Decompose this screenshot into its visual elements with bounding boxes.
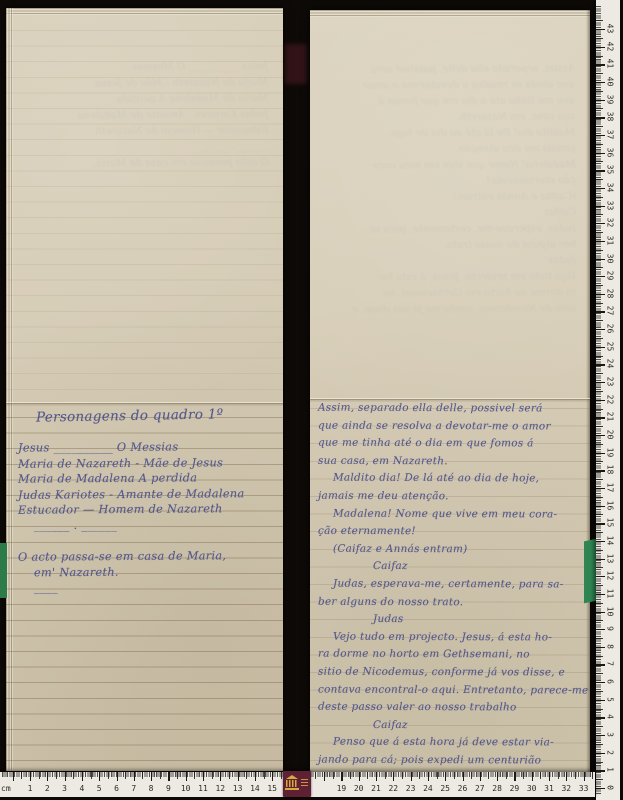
ruler-half-tick <box>596 709 603 710</box>
ruler-half-tick <box>596 497 603 498</box>
ruler-cm-tick <box>596 294 605 295</box>
ruler-cm-tick <box>324 772 325 781</box>
ruler-half-tick <box>596 356 603 357</box>
ruler-number: 8 <box>142 784 160 793</box>
handwritten-line: Estucador — Homem de Nazareth <box>18 503 223 517</box>
ruler-cm-tick <box>359 772 360 781</box>
handwritten-line: ção eternamente! <box>318 525 416 537</box>
ruler-cm-tick <box>203 772 204 781</box>
ruler-number: 8 <box>606 639 615 653</box>
ruler-number: 14 <box>606 533 615 547</box>
ruler-number: 35 <box>606 163 615 177</box>
handwritten-line: Judas Kariotes - Amante de Madalena <box>18 487 245 502</box>
handwritten-line: jamais me deu atenção. <box>318 490 449 502</box>
ruler-half-tick <box>596 179 603 180</box>
ruler-cm-tick <box>411 772 412 781</box>
ruler-number: 21 <box>367 784 385 793</box>
ruler-number: 29 <box>505 784 523 793</box>
handwritten-line: Jesus __________ O Messias <box>18 440 178 454</box>
ruler-half-tick <box>596 197 603 198</box>
handwritten-line: Caifaz <box>373 560 408 572</box>
ruler-half-tick <box>596 303 603 304</box>
ruler-half-tick <box>596 691 603 692</box>
ruler-number: 15 <box>606 516 615 530</box>
handwritten-line: Madalena! Nome que vive em meu cora- <box>333 507 557 520</box>
ruler-half-tick <box>596 250 603 251</box>
ruler-number: 7 <box>606 657 615 671</box>
ruler-half-tick <box>350 772 351 779</box>
ruler-half-tick <box>596 232 603 233</box>
ruler-half-tick <box>596 320 603 321</box>
ruler-cm-tick <box>596 82 605 83</box>
ruler-cm-tick <box>596 664 605 665</box>
handwritten-line: Judas, esperava-me, certamente, para sa- <box>333 578 564 591</box>
ruler-number: 13 <box>229 784 247 793</box>
ruler-number: 6 <box>606 675 615 689</box>
ruler-half-tick <box>596 550 603 551</box>
ruler-half-tick <box>596 126 603 127</box>
ruler-cm-tick <box>566 772 567 781</box>
ruler-number: 25 <box>606 339 615 353</box>
ruler-half-tick <box>596 514 603 515</box>
green-strip-left <box>0 543 7 598</box>
ruler-number: 30 <box>606 251 615 265</box>
ruler-number: 29 <box>606 269 615 283</box>
ruler-cm-tick <box>463 772 464 781</box>
ruler-half-tick <box>596 744 603 745</box>
ruler-half-tick <box>596 391 603 392</box>
ruler-number: 24 <box>606 357 615 371</box>
ruler-number: 5 <box>606 692 615 706</box>
ruler-number: 12 <box>211 784 229 793</box>
ruler-number: 14 <box>246 784 264 793</box>
ruler-cm-tick <box>596 629 605 630</box>
ruler-cm-tick <box>596 417 605 418</box>
ruler-number: 38 <box>606 110 615 124</box>
ruler-half-tick <box>596 267 603 268</box>
handwritten-line: em' Nazareth. <box>34 566 119 580</box>
ruler-cm-tick <box>596 223 605 224</box>
ruler-cm-tick <box>596 559 605 560</box>
ruler-number: 19 <box>606 445 615 459</box>
ruler-half-tick <box>385 772 386 779</box>
ruler-half-tick <box>596 532 603 533</box>
ruler-half-tick <box>596 73 603 74</box>
ruler-half-tick <box>596 779 603 780</box>
ruler-cm-tick <box>596 700 605 701</box>
ruler-number: 21 <box>606 410 615 424</box>
handwritten-line: que ainda se resolva a devotar-me o amor <box>318 419 551 432</box>
ruler-number: 27 <box>471 784 489 793</box>
ruler-number: 26 <box>454 784 472 793</box>
ruler-cm-tick <box>532 772 533 781</box>
scanned-manuscript: Jesus __________ O MessiasMaria de Nazar… <box>0 0 623 800</box>
ruler-cm-tick <box>497 772 498 781</box>
ruler-cm-tick <box>596 647 605 648</box>
ruler-cm-tick <box>445 772 446 781</box>
ruler-cm-tick <box>168 772 169 781</box>
ruler-half-tick <box>596 338 603 339</box>
ruler-number: 6 <box>108 784 126 793</box>
ruler-half-tick <box>596 726 603 727</box>
handwritten-line: contava encontral-o aqui. Entretanto, pa… <box>318 683 589 696</box>
ruler-number: 30 <box>523 784 541 793</box>
ruler-number: 10 <box>177 784 195 793</box>
ruler-cm-tick <box>596 347 605 348</box>
ruler-half-tick <box>596 20 603 21</box>
ruler-number: 40 <box>606 75 615 89</box>
ruler-half-tick <box>596 373 603 374</box>
ruler-cm-tick <box>596 241 605 242</box>
ruler-cm-tick <box>220 772 221 781</box>
ruler-half-tick <box>596 638 603 639</box>
ruler-cm-tick <box>596 153 605 154</box>
ruler-number: 33 <box>575 784 593 793</box>
ruler-half-tick <box>160 772 161 779</box>
ruler-half-tick <box>596 91 603 92</box>
right-page-text: Assim, separado ella delle, possivel ser… <box>310 10 590 772</box>
ruler-half-tick <box>596 144 603 145</box>
ruler-number: 20 <box>350 784 368 793</box>
ruler-cm-tick <box>584 772 585 781</box>
ruler-half-tick <box>108 772 109 779</box>
ruler-half-tick <box>142 772 143 779</box>
handwritten-line: Vejo tudo em projecto. Jesus, á esta ho- <box>333 630 552 643</box>
ruler-half-tick <box>91 772 92 779</box>
ruler-number: 1 <box>606 763 615 777</box>
ruler-cm-tick <box>596 435 605 436</box>
ruler-number: 27 <box>606 304 615 318</box>
ruler-cm-tick <box>99 772 100 781</box>
ruler-cm-tick <box>117 772 118 781</box>
handwritten-line: ber alguns do nosso trato. <box>318 595 463 608</box>
ruler-half-tick <box>194 772 195 779</box>
left-page: Jesus __________ O MessiasMaria de Nazar… <box>6 8 283 771</box>
ruler-half-tick <box>402 772 403 779</box>
ruler-half-tick <box>596 409 603 410</box>
ruler-number: 4 <box>73 784 91 793</box>
ruler-half-tick <box>315 772 316 779</box>
building-base-icon <box>285 788 299 790</box>
ruler-half-tick <box>523 772 524 779</box>
ruler-number: 11 <box>606 586 615 600</box>
handwritten-line: Penso que á esta hora já deve estar via- <box>333 736 554 749</box>
ruler-cm-tick <box>596 188 605 189</box>
ruler-half-tick <box>596 762 603 763</box>
ruler-number: 43 <box>606 22 615 36</box>
ruler-cm-tick <box>596 135 605 136</box>
ruler-cm-tick <box>596 400 605 401</box>
ruler-cm-tick <box>596 682 605 683</box>
ruler-half-tick <box>596 444 603 445</box>
handwritten-line: jando para cá; pois expedi um centurião <box>318 754 541 767</box>
ruler-number: 2 <box>38 784 56 793</box>
ruler-half-tick <box>596 461 603 462</box>
ruler-cm-tick <box>151 772 152 781</box>
ruler-half-tick <box>596 479 603 480</box>
ruler-number: 31 <box>606 233 615 247</box>
ruler-cm-tick <box>596 612 605 613</box>
ruler-number: 17 <box>606 480 615 494</box>
page-gap-shadow <box>285 44 307 84</box>
ruler-cm-tick <box>596 788 605 789</box>
ruler-half-tick <box>596 673 603 674</box>
ruler-number: 5 <box>90 784 108 793</box>
ruler-number: 13 <box>606 551 615 565</box>
ruler-cm-tick <box>341 772 342 781</box>
ruler-number: 34 <box>606 180 615 194</box>
ruler-number: 24 <box>419 784 437 793</box>
ruler-half-tick <box>281 772 282 779</box>
handwritten-line: sitio de Nicodemus, conforme já vos diss… <box>318 666 565 679</box>
ruler-number: 9 <box>606 622 615 636</box>
ruler-number: 42 <box>606 39 615 53</box>
ruler-half-tick <box>229 772 230 779</box>
ruler-cm-tick <box>393 772 394 781</box>
ruler-number: 11 <box>194 784 212 793</box>
ruler-cm-tick <box>596 311 605 312</box>
handwritten-line: deste passo valer ao nosso trabalho <box>318 701 517 714</box>
ruler-cm-tick <box>596 541 605 542</box>
ruler-half-tick <box>73 772 74 779</box>
building-columns-icon <box>286 780 298 787</box>
ruler-half-tick <box>246 772 247 779</box>
building-roof-icon <box>286 775 298 779</box>
ruler-half-tick <box>596 38 603 39</box>
ruler-cm-tick <box>376 772 377 781</box>
ruler-half-tick <box>264 772 265 779</box>
handwritten-line: sua casa, em Nazareth. <box>318 455 448 467</box>
handwritten-line: ______ . ______ <box>34 519 117 533</box>
ruler-cm-tick <box>596 100 605 101</box>
ruler-cm-tick <box>596 506 605 507</box>
ruler-number: 3 <box>56 784 74 793</box>
ruler-cm-tick <box>65 772 66 781</box>
ruler-number: 31 <box>540 784 558 793</box>
ruler-number: 9 <box>159 784 177 793</box>
ruler-half-tick <box>39 772 40 779</box>
ruler-cm-tick <box>596 64 605 65</box>
ruler-number: 41 <box>606 57 615 71</box>
ruler-half-tick <box>333 772 334 779</box>
ruler-cm-tick <box>480 772 481 781</box>
ruler-number: 26 <box>606 322 615 336</box>
ruler-number: 15 <box>263 784 281 793</box>
ruler-number: 32 <box>606 216 615 230</box>
ruler-half-tick <box>596 108 603 109</box>
ruler-half-tick <box>367 772 368 779</box>
ruler-cm-tick <box>596 523 605 524</box>
ruler-cm-tick <box>428 772 429 781</box>
ruler-number: 37 <box>606 127 615 141</box>
ruler-half-tick <box>437 772 438 779</box>
archive-stamp <box>283 771 311 797</box>
ruler-cm-tick <box>514 772 515 781</box>
handwritten-line: Assim, separado ella delle, possivel ser… <box>318 402 543 415</box>
ruler-number: 32 <box>557 784 575 793</box>
ruler-half-tick <box>596 56 603 57</box>
ruler-number: 28 <box>606 286 615 300</box>
handwritten-line: (Caifaz e Annás entram) <box>333 543 468 555</box>
ruler-half-tick <box>558 772 559 779</box>
ruler-cm-tick <box>13 772 14 781</box>
ruler-cm-tick <box>596 470 605 471</box>
ruler-cm-tick <box>596 770 605 771</box>
ruler-half-tick <box>506 772 507 779</box>
ruler-number: 36 <box>606 145 615 159</box>
right-page: Assim, separado ella delle, possivel ser… <box>310 10 590 772</box>
ruler-cm-tick <box>596 753 605 754</box>
ruler-cm-tick <box>596 329 605 330</box>
ruler-number: 10 <box>606 604 615 618</box>
ruler-number: 12 <box>606 569 615 583</box>
handwritten-line: Caifaz <box>373 719 408 731</box>
handwritten-line: Maria de Madalena A perdida <box>18 472 197 486</box>
ruler-cm-tick <box>30 772 31 781</box>
ruler-half-tick <box>488 772 489 779</box>
cm-unit-label: cm <box>1 784 11 793</box>
ruler-number: 23 <box>606 375 615 389</box>
ruler-number: 22 <box>606 392 615 406</box>
ruler-half-tick <box>56 772 57 779</box>
ruler-half-tick <box>21 772 22 779</box>
ruler-number: 33 <box>606 198 615 212</box>
ruler-half-tick <box>596 426 603 427</box>
ruler-cm-tick <box>238 772 239 781</box>
ruler-cm-tick <box>82 772 83 781</box>
handwritten-line: Maria de Nazareth - Mãe de Jesus <box>18 456 223 470</box>
ruler-cm-tick <box>596 576 605 577</box>
ruler-half-tick <box>596 603 603 604</box>
ruler-half-tick <box>596 161 603 162</box>
ruler-number: 16 <box>606 498 615 512</box>
ruler-cm-tick <box>596 488 605 489</box>
ruler-half-tick <box>596 567 603 568</box>
ruler-cm-tick <box>255 772 256 781</box>
handwritten-line: que me tinha até o dia em que fomos á <box>318 437 534 450</box>
handwritten-line: ra dorme no horto em Gethsemani, no <box>318 648 530 661</box>
ruler-cm-tick <box>186 772 187 781</box>
ruler-half-tick <box>454 772 455 779</box>
ruler-number: 4 <box>606 710 615 724</box>
ruler-half-tick <box>596 214 603 215</box>
ruler-cm-tick <box>596 594 605 595</box>
ruler-cm-tick <box>596 117 605 118</box>
ruler-cm-tick <box>596 29 605 30</box>
ruler-cm-tick <box>596 382 605 383</box>
ruler-cm-tick <box>596 717 605 718</box>
ruler-cm-tick <box>47 772 48 781</box>
ruler-half-tick <box>177 772 178 779</box>
ruler-number: 1 <box>21 784 39 793</box>
ruler-half-tick <box>575 772 576 779</box>
ruler-number: 28 <box>488 784 506 793</box>
ruler-cm-tick <box>134 772 135 781</box>
handwritten-line: Maldito dia! De lá até ao dia de hoje, <box>333 472 539 485</box>
ruler-cm-tick <box>596 364 605 365</box>
ruler-half-tick <box>596 285 603 286</box>
left-page-text: Jesus __________ O MessiasMaria de Nazar… <box>6 8 283 771</box>
handwritten-line: O acto passa-se em casa de Maria, <box>18 549 226 563</box>
ruler-cm-tick <box>596 453 605 454</box>
ruler-number: 39 <box>606 92 615 106</box>
handwritten-line: Judas <box>373 613 404 625</box>
ruler-number: 23 <box>402 784 420 793</box>
ruler-cm-tick <box>596 276 605 277</box>
ruler-number: 7 <box>125 784 143 793</box>
ruler-number: 0 <box>606 781 615 795</box>
ruler-half-tick <box>596 656 603 657</box>
ruler-number: 19 <box>332 784 350 793</box>
ruler-cm-tick <box>549 772 550 781</box>
ruler-half-tick <box>419 772 420 779</box>
ruler-number: 3 <box>606 728 615 742</box>
ruler-cm-tick <box>596 170 605 171</box>
ruler-number: 18 <box>606 463 615 477</box>
ruler-cm-tick <box>596 735 605 736</box>
ruler-half-tick <box>592 772 593 779</box>
ruler-cm-tick <box>596 259 605 260</box>
ruler-half-tick <box>540 772 541 779</box>
handwritten-line: ____ <box>34 581 58 594</box>
ruler-half-tick <box>212 772 213 779</box>
ruler-half-tick <box>125 772 126 779</box>
ruler-cm-tick <box>596 206 605 207</box>
ruler-half-tick <box>596 585 603 586</box>
ruler-cm-tick <box>596 47 605 48</box>
ruler-number: 25 <box>436 784 454 793</box>
ruler-half-tick <box>471 772 472 779</box>
ruler-half-tick <box>596 620 603 621</box>
ruler-number: 22 <box>384 784 402 793</box>
vertical-ruler: 0123456789101112131415161718192021222324… <box>596 0 620 800</box>
ruler-number: 20 <box>606 428 615 442</box>
ruler-number: 2 <box>606 745 615 759</box>
ruler-cm-tick <box>272 772 273 781</box>
